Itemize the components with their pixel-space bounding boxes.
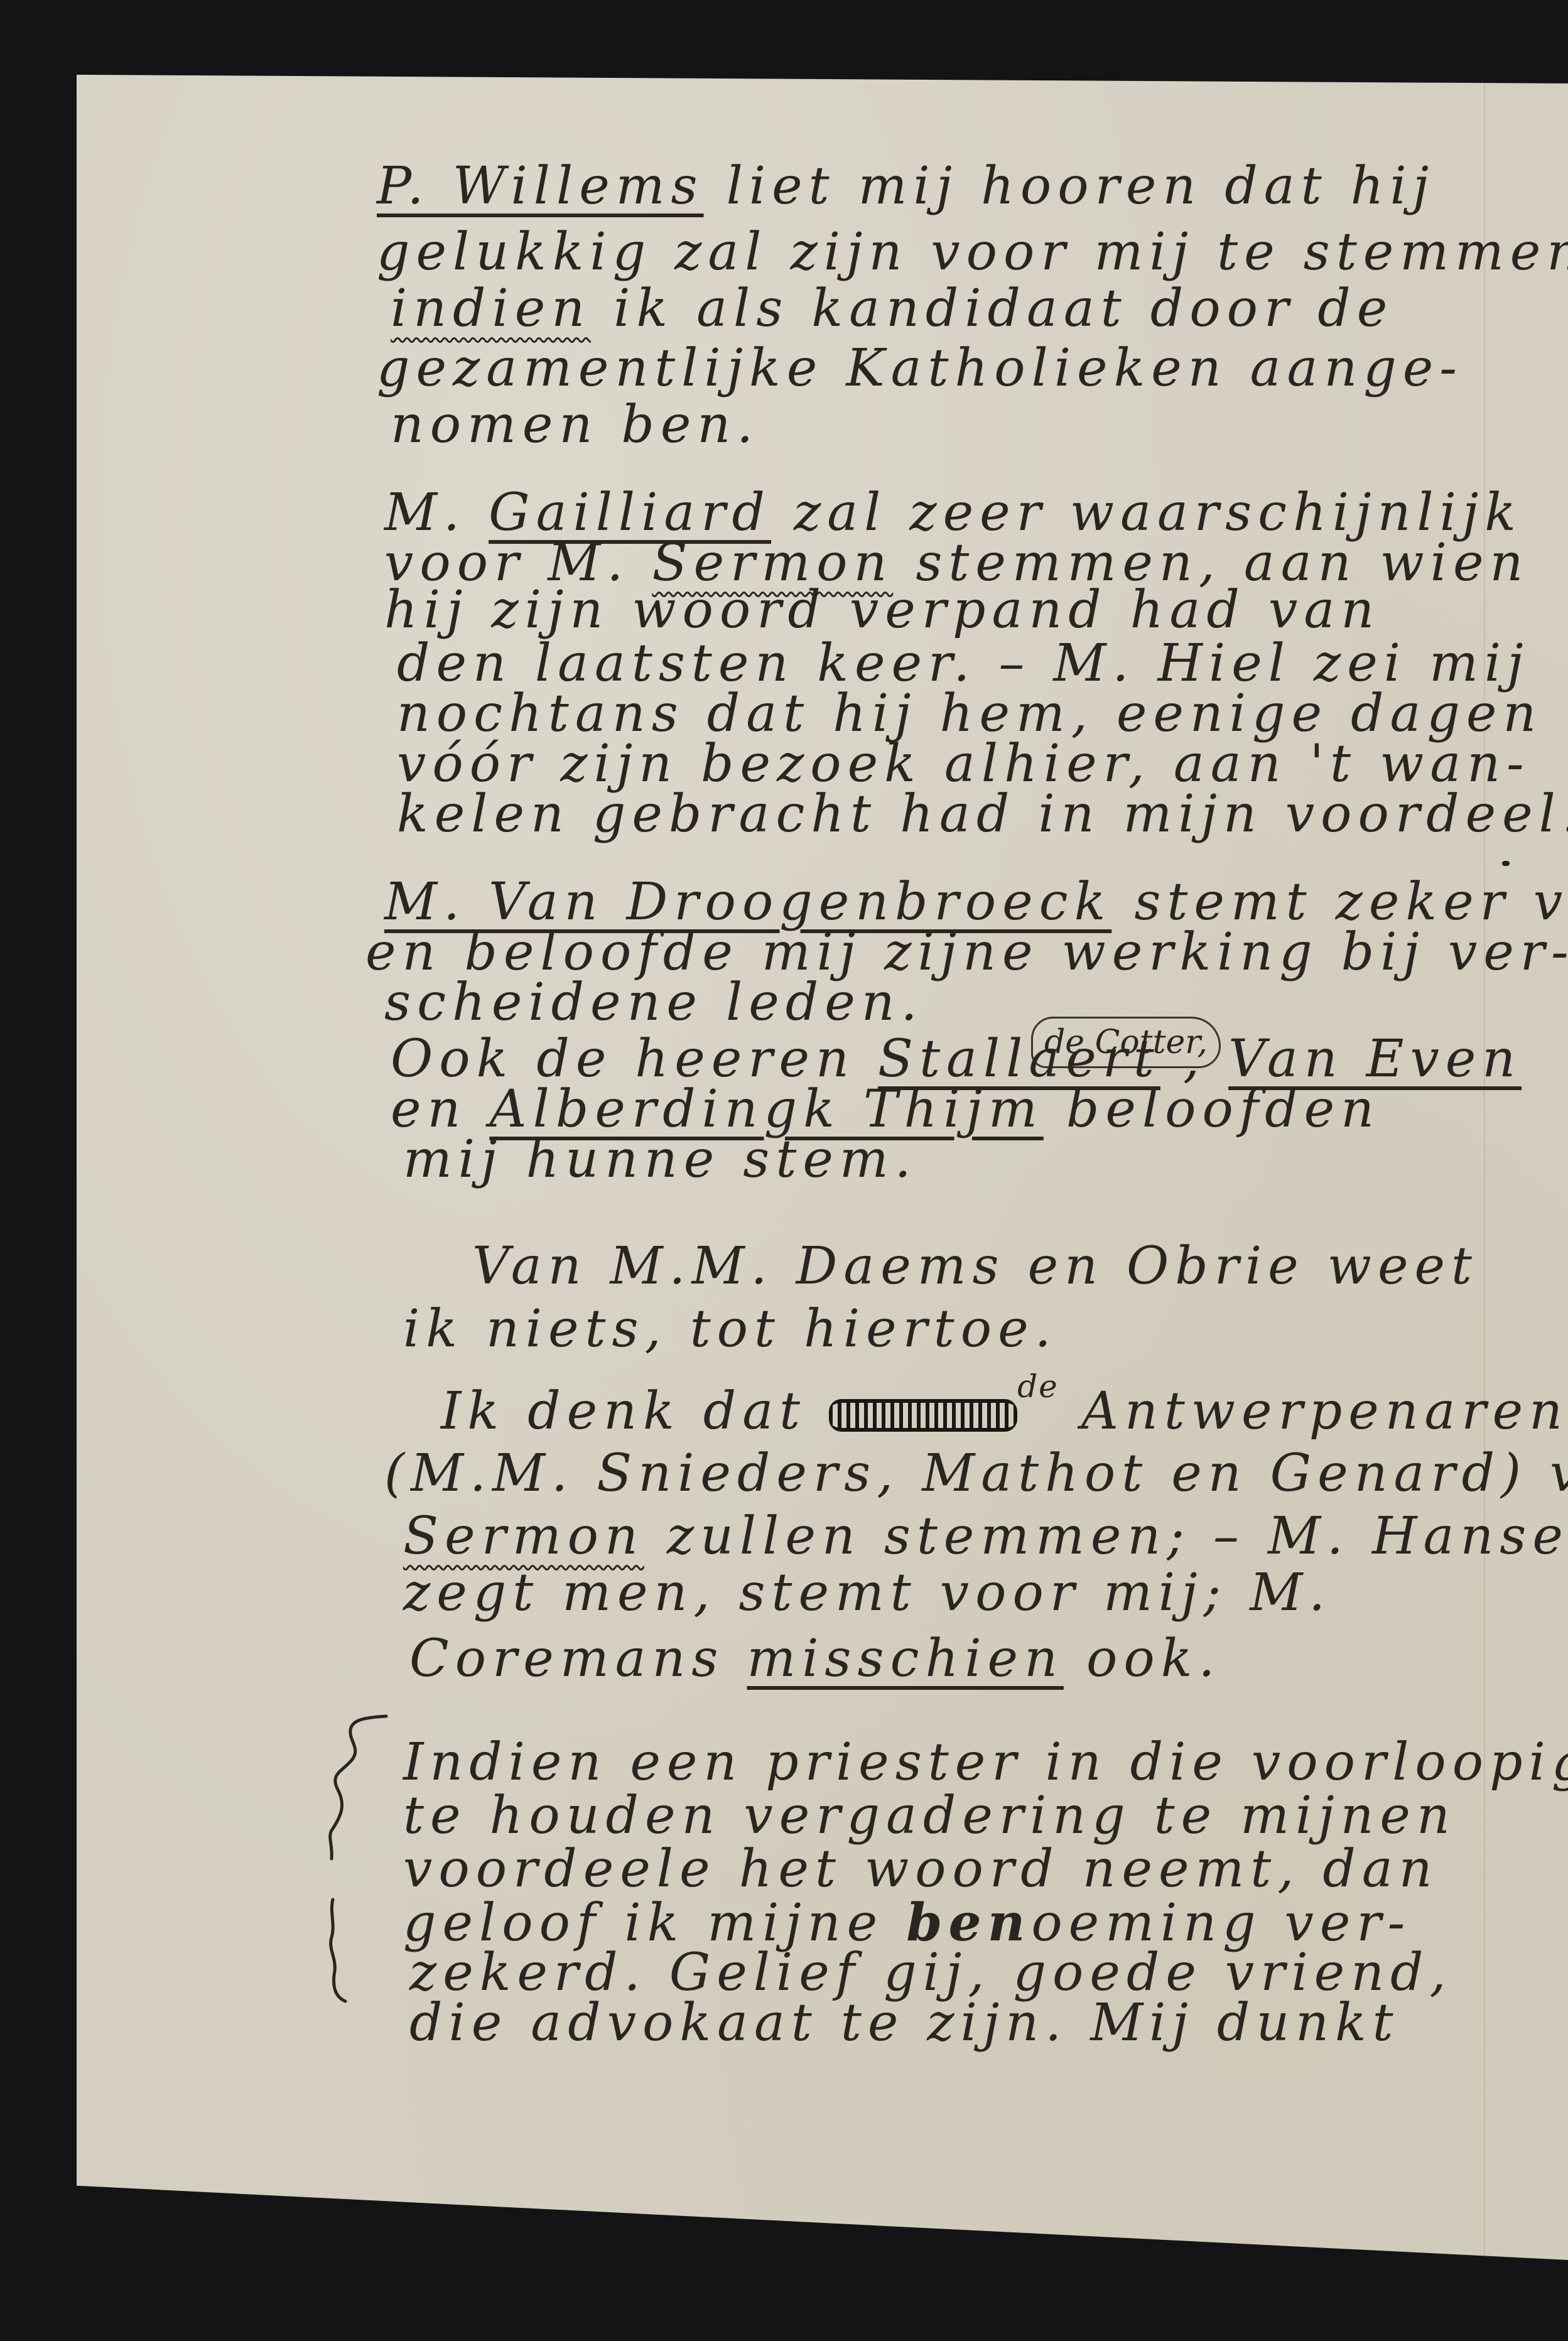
text-line: scheidene leden.	[384, 973, 924, 1032]
text-line: nomen ben.	[391, 395, 759, 455]
text-line: indien ik als kandidaat door de	[391, 279, 1393, 338]
text-line: hij zijn woord verpand had van	[384, 580, 1380, 640]
text-line: (M.M. Snieders, Mathot en Genard) voor	[384, 1444, 1568, 1503]
text-line: die advokaat te zijn. Mij dunkt	[409, 1993, 1400, 2053]
line-text: die advokaat te zijn. Mij dunkt	[409, 1993, 1400, 2053]
line-text: hij zijn woord verpand had van	[384, 580, 1380, 640]
underlined-name: P. Willems	[377, 156, 704, 216]
line-text: te houden vergadering te mijnen	[403, 1786, 1456, 1846]
line-text: beloofden	[1044, 1079, 1380, 1139]
line-text: mij hunne stem.	[403, 1130, 917, 1189]
line-text: gelukkig zal zijn voor mij te stemmen	[377, 222, 1568, 282]
line-text: voordeele het woord neemt, dan	[403, 1839, 1439, 1899]
line-text: kelen gebracht had in mijn voordeel.	[397, 784, 1568, 844]
text-line: ik niets, tot hiertoe.	[403, 1299, 1057, 1359]
ink-speck	[1502, 861, 1510, 866]
margin-brace-icon	[327, 1711, 396, 2006]
text-line: zegt men, stemt voor mij; M.	[403, 1563, 1331, 1623]
line-text: scheidene leden.	[384, 973, 924, 1032]
line-text: ik niets, tot hiertoe.	[403, 1299, 1057, 1359]
line-text: Ik denk dat	[441, 1381, 829, 1441]
wavy-underlined-word: indien	[391, 279, 591, 338]
line-text: Coremans	[409, 1629, 747, 1689]
line-text: zegt men, stemt voor mij; M.	[403, 1563, 1331, 1623]
line-text: nomen ben.	[391, 395, 759, 455]
line-text: Indien een priester in die voorloopig	[403, 1733, 1568, 1792]
struck-out-word: [doorgehaald]	[829, 1399, 1017, 1432]
text-line: gelukkig zal zijn voor mij te stemmen	[377, 222, 1568, 282]
text-line: Ik denk dat [doorgehaald]de Antwerpenare…	[441, 1368, 1568, 1441]
manuscript-page: P. Willems liet mij hooren dat hij geluk…	[77, 75, 1568, 2260]
text-line: Coremans misschien ook.	[409, 1629, 1221, 1689]
line-text: ook.	[1064, 1629, 1221, 1689]
line-text: liet mij hooren dat hij	[704, 156, 1436, 216]
text-line: Indien een priester in die voorloopig	[403, 1733, 1568, 1792]
wavy-underlined-name: Sermon	[403, 1506, 644, 1566]
inserted-word: de	[1017, 1368, 1059, 1405]
text-line: mij hunne stem.	[403, 1130, 917, 1189]
text-line: P. Willems liet mij hooren dat hij	[377, 156, 1435, 216]
line-text: (M.M. Snieders, Mathot en Genard) voor	[384, 1444, 1568, 1503]
underlined-word: misschien	[747, 1629, 1063, 1689]
text-line: voordeele het woord neemt, dan	[403, 1839, 1439, 1899]
paper-fold-line	[1484, 75, 1485, 2260]
text-line: gezamentlijke Katholieken aange-	[377, 338, 1463, 398]
line-text: zullen stemmen; – M. Hansen	[644, 1506, 1568, 1566]
line-text: Van M.M. Daems en Obrie weet	[472, 1236, 1478, 1296]
text-line: Van M.M. Daems en Obrie weet	[472, 1236, 1478, 1296]
text-line: Sermon zullen stemmen; – M. Hansen	[403, 1506, 1568, 1566]
line-text: gezamentlijke Katholieken aange-	[377, 338, 1463, 398]
text-line: kelen gebracht had in mijn voordeel.	[397, 784, 1568, 844]
text-line: te houden vergadering te mijnen	[403, 1786, 1456, 1846]
line-text: Antwerpenaren	[1059, 1381, 1568, 1441]
line-text: ik als kandidaat door de	[591, 279, 1393, 338]
